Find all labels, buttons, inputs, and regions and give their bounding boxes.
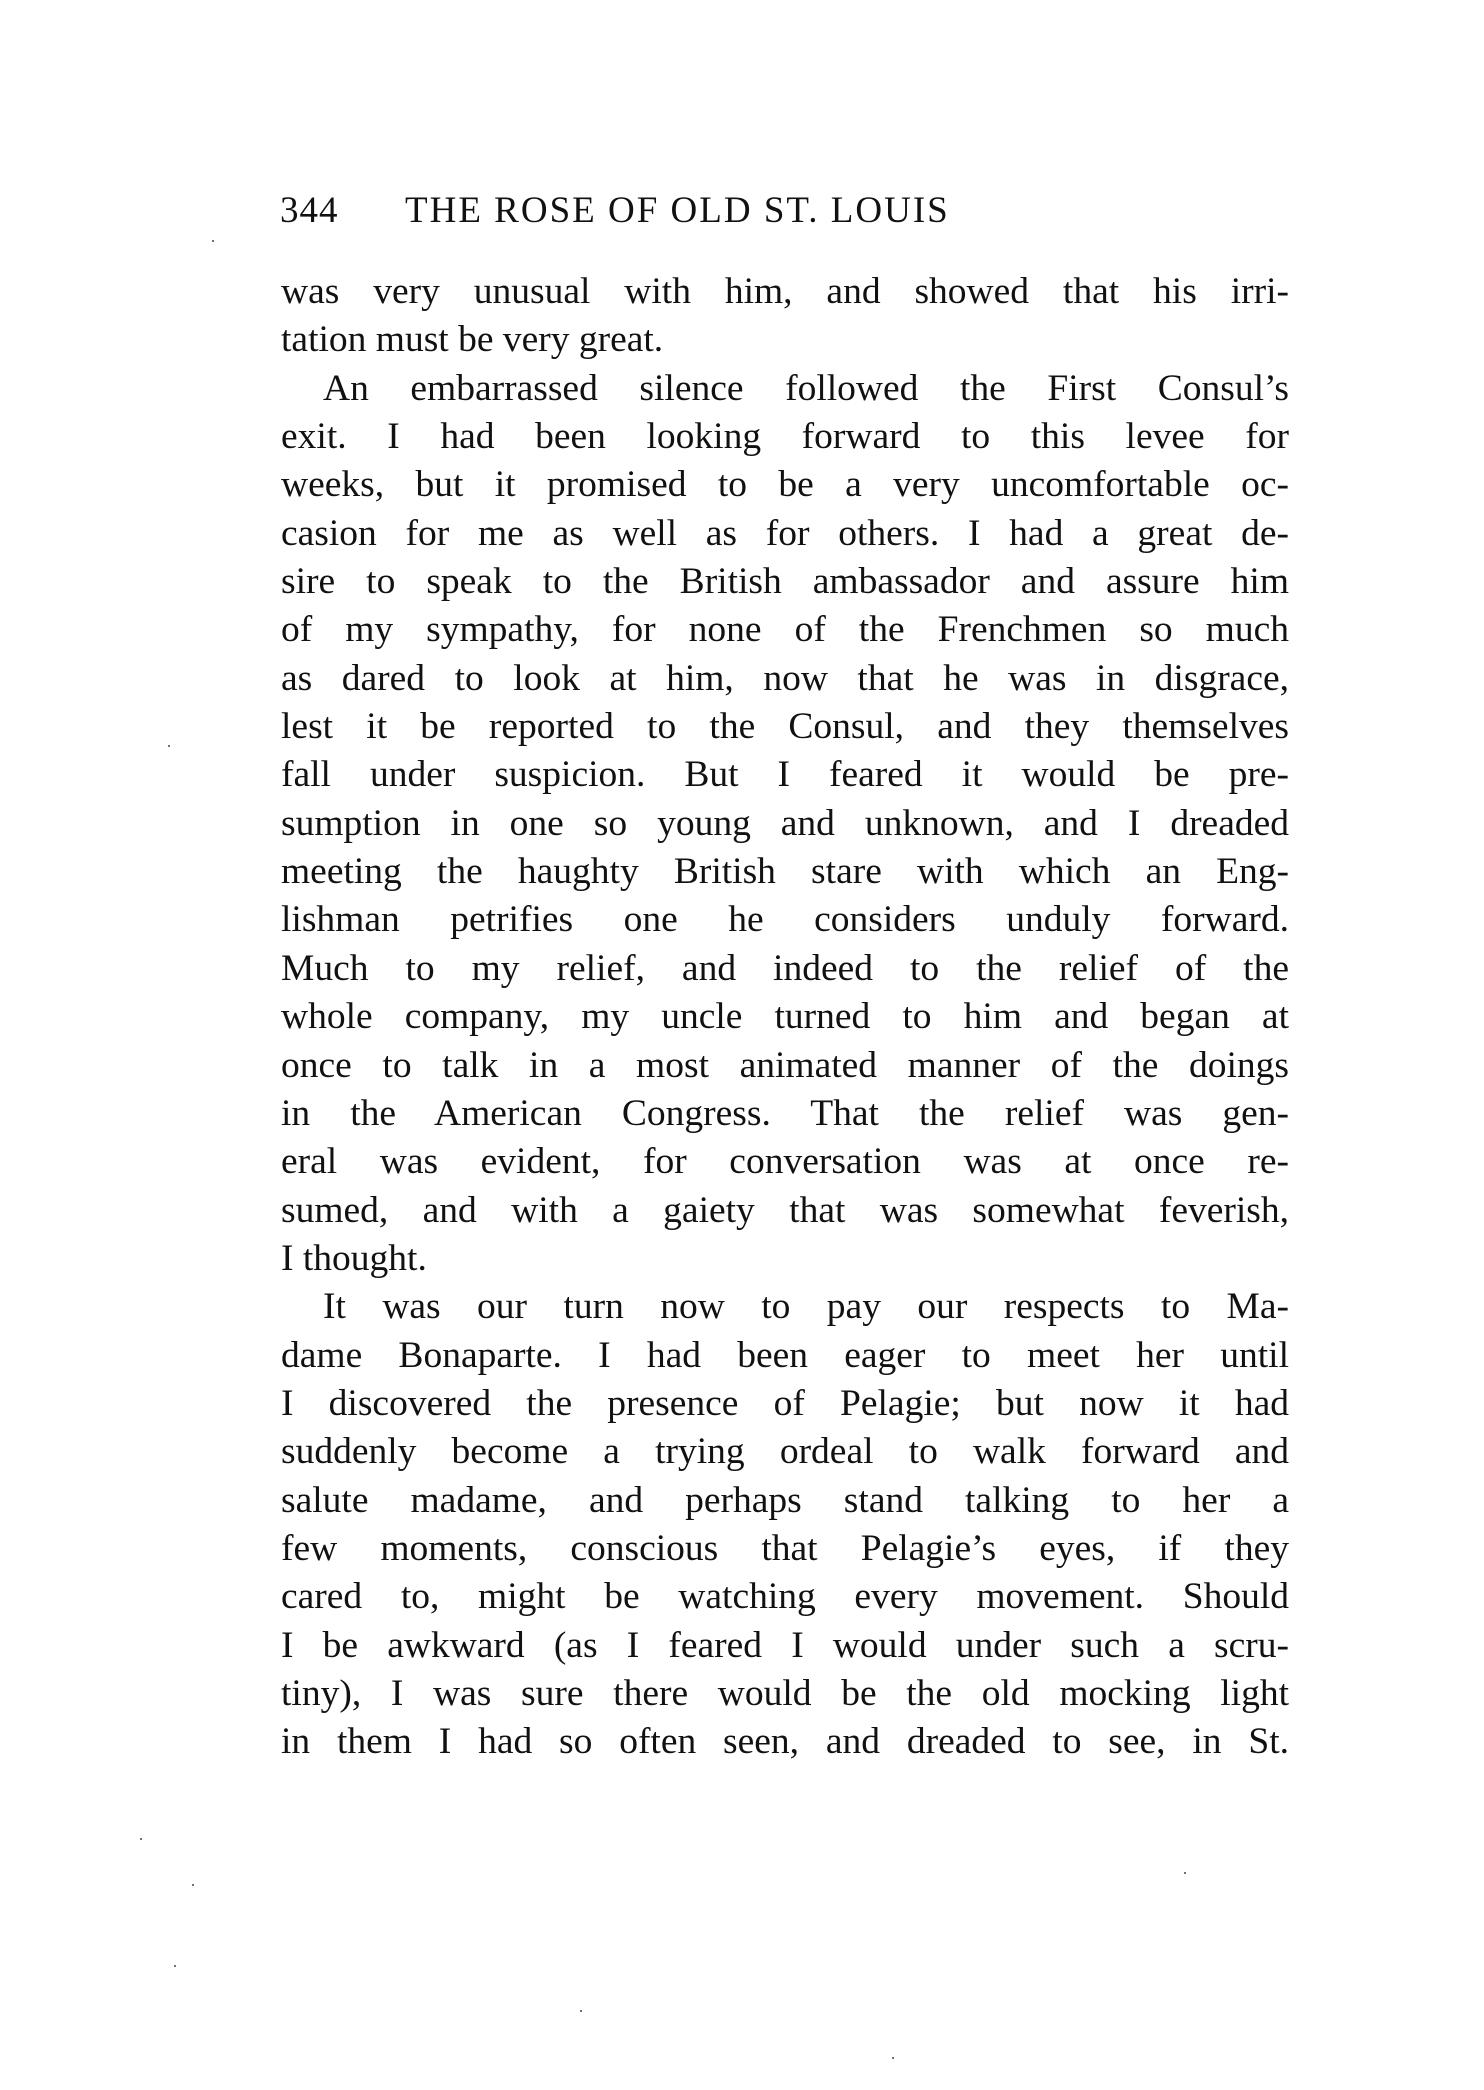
text-line: dame Bonaparte. I had been eager to meet… xyxy=(281,1332,1289,1380)
text-line: lishman petrifies one he considers undul… xyxy=(281,896,1289,944)
scan-speck xyxy=(192,1884,194,1886)
paragraph-1: was very unusual with him, and showed th… xyxy=(281,268,1289,365)
text-line: casion for me as well as for others. I h… xyxy=(281,510,1289,558)
paragraph-3: It was our turn now to pay our respects … xyxy=(281,1283,1289,1766)
text-line: meeting the haughty British stare with w… xyxy=(281,848,1289,896)
text-line: salute madame, and perhaps stand talking… xyxy=(281,1477,1289,1525)
text-line: eral was evident, for conversation was a… xyxy=(281,1138,1289,1186)
text-line: I be awkward (as I feared I would under … xyxy=(281,1622,1289,1670)
text-line: as dared to look at him, now that he was… xyxy=(281,655,1289,703)
text-line: Much to my relief, and indeed to the rel… xyxy=(281,945,1289,993)
text-line: weeks, but it promised to be a very unco… xyxy=(281,461,1289,509)
text-line: sumption in one so young and unknown, an… xyxy=(281,800,1289,848)
text-line: once to talk in a most animated manner o… xyxy=(281,1042,1289,1090)
text-line: suddenly become a trying ordeal to walk … xyxy=(281,1428,1289,1476)
text-line: few moments, conscious that Pelagie’s ey… xyxy=(281,1525,1289,1573)
running-head: 344 THE ROSE OF OLD ST. LOUIS xyxy=(280,186,1280,236)
text-line: I thought. xyxy=(281,1235,1289,1283)
paragraph-2: An embarrassed silence followed the Firs… xyxy=(281,365,1289,1284)
scan-speck xyxy=(168,745,170,747)
text-line: An embarrassed silence followed the Firs… xyxy=(281,365,1289,413)
text-line: I discovered the presence of Pelagie; bu… xyxy=(281,1380,1289,1428)
text-line: in them I had so often seen, and dreaded… xyxy=(281,1718,1289,1766)
body-text: was very unusual with him, and showed th… xyxy=(281,268,1289,1767)
scan-speck xyxy=(140,1838,142,1840)
scan-speck xyxy=(892,2057,894,2059)
book-page: 344 THE ROSE OF OLD ST. LOUIS was very u… xyxy=(0,0,1484,2090)
text-line: in the American Congress. That the relie… xyxy=(281,1090,1289,1138)
text-line: exit. I had been looking forward to this… xyxy=(281,413,1289,461)
text-line: fall under suspicion. But I feared it wo… xyxy=(281,751,1289,799)
text-line: of my sympathy, for none of the Frenchme… xyxy=(281,606,1289,654)
text-line: sire to speak to the British ambassador … xyxy=(281,558,1289,606)
text-line: tiny), I was sure there would be the old… xyxy=(281,1670,1289,1718)
scan-speck xyxy=(580,2010,582,2012)
scan-speck xyxy=(212,240,214,242)
text-line: tation must be very great. xyxy=(281,316,1289,364)
text-line: sumed, and with a gaiety that was somewh… xyxy=(281,1187,1289,1235)
text-line: It was our turn now to pay our respects … xyxy=(281,1283,1289,1331)
running-title: THE ROSE OF OLD ST. LOUIS xyxy=(405,186,950,236)
text-line: whole company, my uncle turned to him an… xyxy=(281,993,1289,1041)
text-line: was very unusual with him, and showed th… xyxy=(281,268,1289,316)
text-line: cared to, might be watching every moveme… xyxy=(281,1573,1289,1621)
scan-speck xyxy=(174,1965,176,1967)
page-number: 344 xyxy=(280,186,339,236)
text-line: lest it be reported to the Consul, and t… xyxy=(281,703,1289,751)
scan-speck xyxy=(1184,1872,1186,1874)
